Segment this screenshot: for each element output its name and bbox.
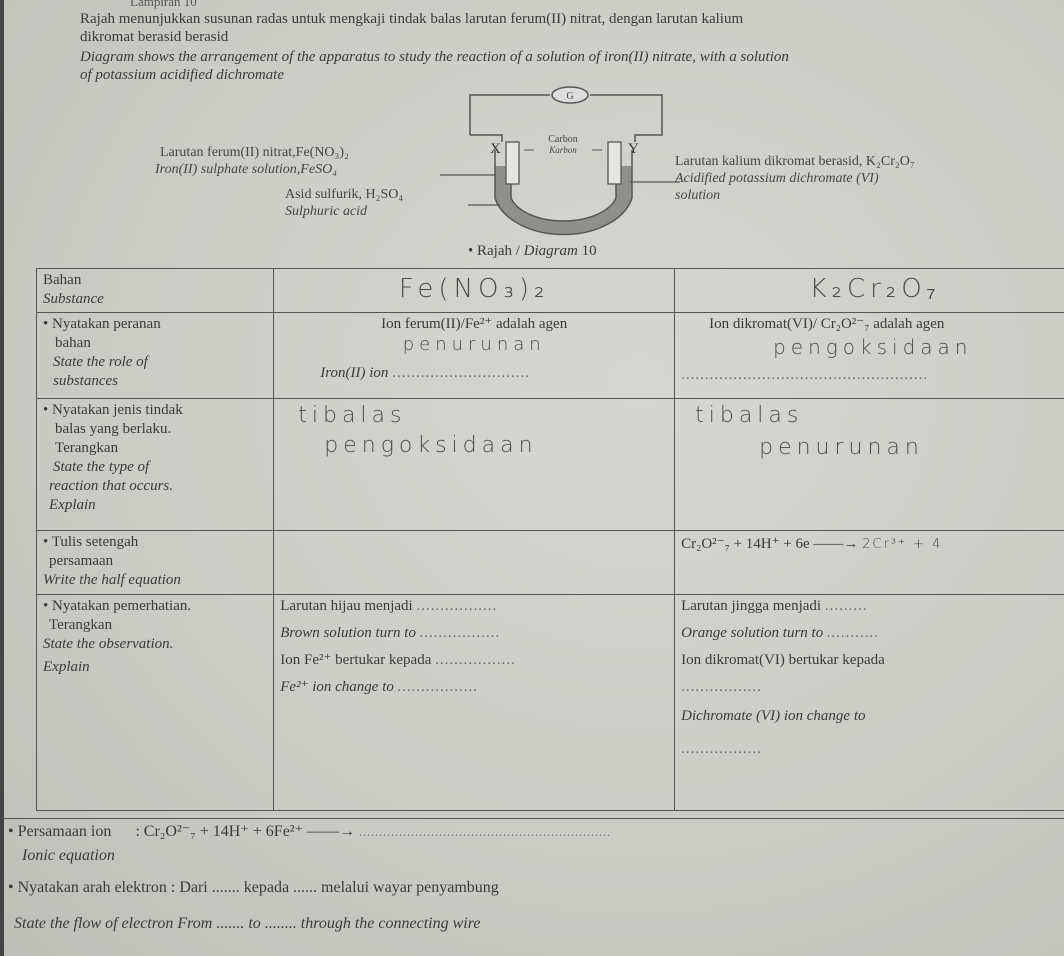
question-cell: Nyatakan jenis tindak balas yang berlaku… (37, 399, 274, 531)
diagram-right-label-en2: solution (675, 187, 720, 204)
intro-en-line1: Diagram shows the arrangement of the app… (80, 48, 789, 67)
answer-cell-cr-type[interactable]: tibalas penurunan (675, 399, 1064, 531)
question-cell: Nyatakan peranan bahan State the role of… (37, 313, 274, 399)
answer-cell-fe-observation[interactable]: Larutan hijau menjadi ................. … (274, 595, 675, 811)
ionic-equation-line: • Persamaan ion : Cr₂O²⁻₇ + 14H⁺ + 6Fe²⁺… (8, 822, 611, 842)
diagram-left-label-en: Iron(II) sulphate solution,FeSO₄ (155, 161, 337, 178)
answer-cell-fe-type[interactable]: tibalas pengoksidaan (274, 399, 675, 531)
question-cell: Bahan Substance (37, 269, 274, 313)
table-row-role: Nyatakan peranan bahan State the role of… (37, 313, 1064, 399)
answer-cell-cr-role[interactable]: Ion dikromat(VI)/ Cr₂O²⁻₇ adalah agen pe… (675, 313, 1064, 399)
electron-flow-en[interactable]: State the flow of electron From ....... … (14, 914, 480, 934)
intro-ms-line2: dikromat berasid berasid (80, 28, 228, 47)
table-row-substance: Bahan Substance Fe(NO₃)₂ K₂Cr₂O₇ (37, 269, 1064, 313)
intro-ms-line1: Rajah menunjukkan susunan radas untuk me… (80, 10, 743, 29)
electrode-x (506, 142, 519, 184)
answer-cell-cr[interactable]: K₂Cr₂O₇ (675, 269, 1064, 313)
question-cell: Tulis setengah persamaan Write the half … (37, 531, 274, 595)
divider (0, 818, 1064, 819)
worksheet-table: Bahan Substance Fe(NO₃)₂ K₂Cr₂O₇ Nyataka… (36, 268, 1064, 811)
diagram-right-label-ms: Larutan kalium dikromat berasid, K₂Cr₂O₇ (675, 153, 915, 170)
diagram-acid-label-en: Sulphuric acid (285, 203, 367, 220)
svg-text:Y: Y (628, 141, 639, 157)
table-row-observation: Nyatakan pemerhatian. Terangkan State th… (37, 595, 1064, 811)
svg-text:X: X (490, 141, 501, 157)
answer-cell-cr-observation[interactable]: Larutan jingga menjadi ......... Orange … (675, 595, 1064, 811)
diagram-right-label-en: Acidified potassium dichromate (VI) (675, 170, 879, 187)
page-left-edge (0, 0, 4, 956)
diagram-caption: • Rajah / Diagram 10 (468, 243, 597, 260)
question-cell: Nyatakan pemerhatian. Terangkan State th… (37, 595, 274, 811)
header-fragment: Lampiran 10 (130, 0, 197, 10)
electron-flow-ms[interactable]: • Nyatakan arah elektron : Dari ....... … (8, 878, 499, 898)
svg-text:G: G (566, 91, 573, 102)
diagram-acid-label-ms: Asid sulfurik, H₂SO₄ (285, 186, 403, 203)
answer-cell-fe-role[interactable]: Ion ferum(II)/Fe²⁺ adalah agen penurunan… (274, 313, 675, 399)
svg-text:Karbon: Karbon (548, 145, 577, 155)
electrode-y (608, 142, 621, 184)
intro-en-line2: of potassium acidified dichromate (80, 66, 284, 85)
table-row-reaction-type: Nyatakan jenis tindak balas yang berlaku… (37, 399, 1064, 531)
table-row-half-equation: Tulis setengah persamaan Write the half … (37, 531, 1064, 595)
answer-cell-cr-half[interactable]: Cr₂O²⁻₇ + 14H⁺ + 6e ——→ 2Cr³⁺ + 4 (675, 531, 1064, 595)
answer-cell-fe-half[interactable] (274, 531, 675, 595)
diagram-left-label-ms: Larutan ferum(II) nitrat,Fe(NO₃)₂ (160, 144, 349, 161)
svg-text:Carbon: Carbon (548, 134, 577, 145)
ionic-equation-en: Ionic equation (22, 846, 115, 866)
answer-cell-fe[interactable]: Fe(NO₃)₂ (274, 269, 675, 313)
u-tube-cell-diagram: G X Y Carbon Karbon (440, 80, 680, 250)
